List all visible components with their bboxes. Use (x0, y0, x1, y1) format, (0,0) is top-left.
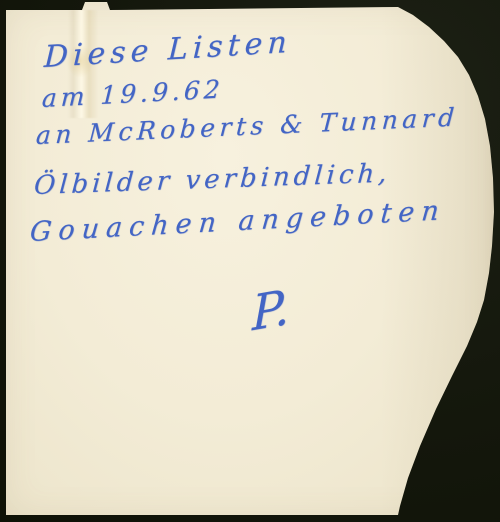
scan-background: Diese Listen am 19.9.62 an McRoberts & T… (0, 0, 500, 522)
signature: P. (252, 279, 289, 342)
handwriting-line-4: Ölbilder verbindlich, (33, 159, 392, 202)
torn-edge-shading (380, 0, 500, 522)
note-paper: Diese Listen am 19.9.62 an McRoberts & T… (0, 0, 500, 522)
handwriting-line-5: Gouachen angeboten (29, 195, 447, 248)
